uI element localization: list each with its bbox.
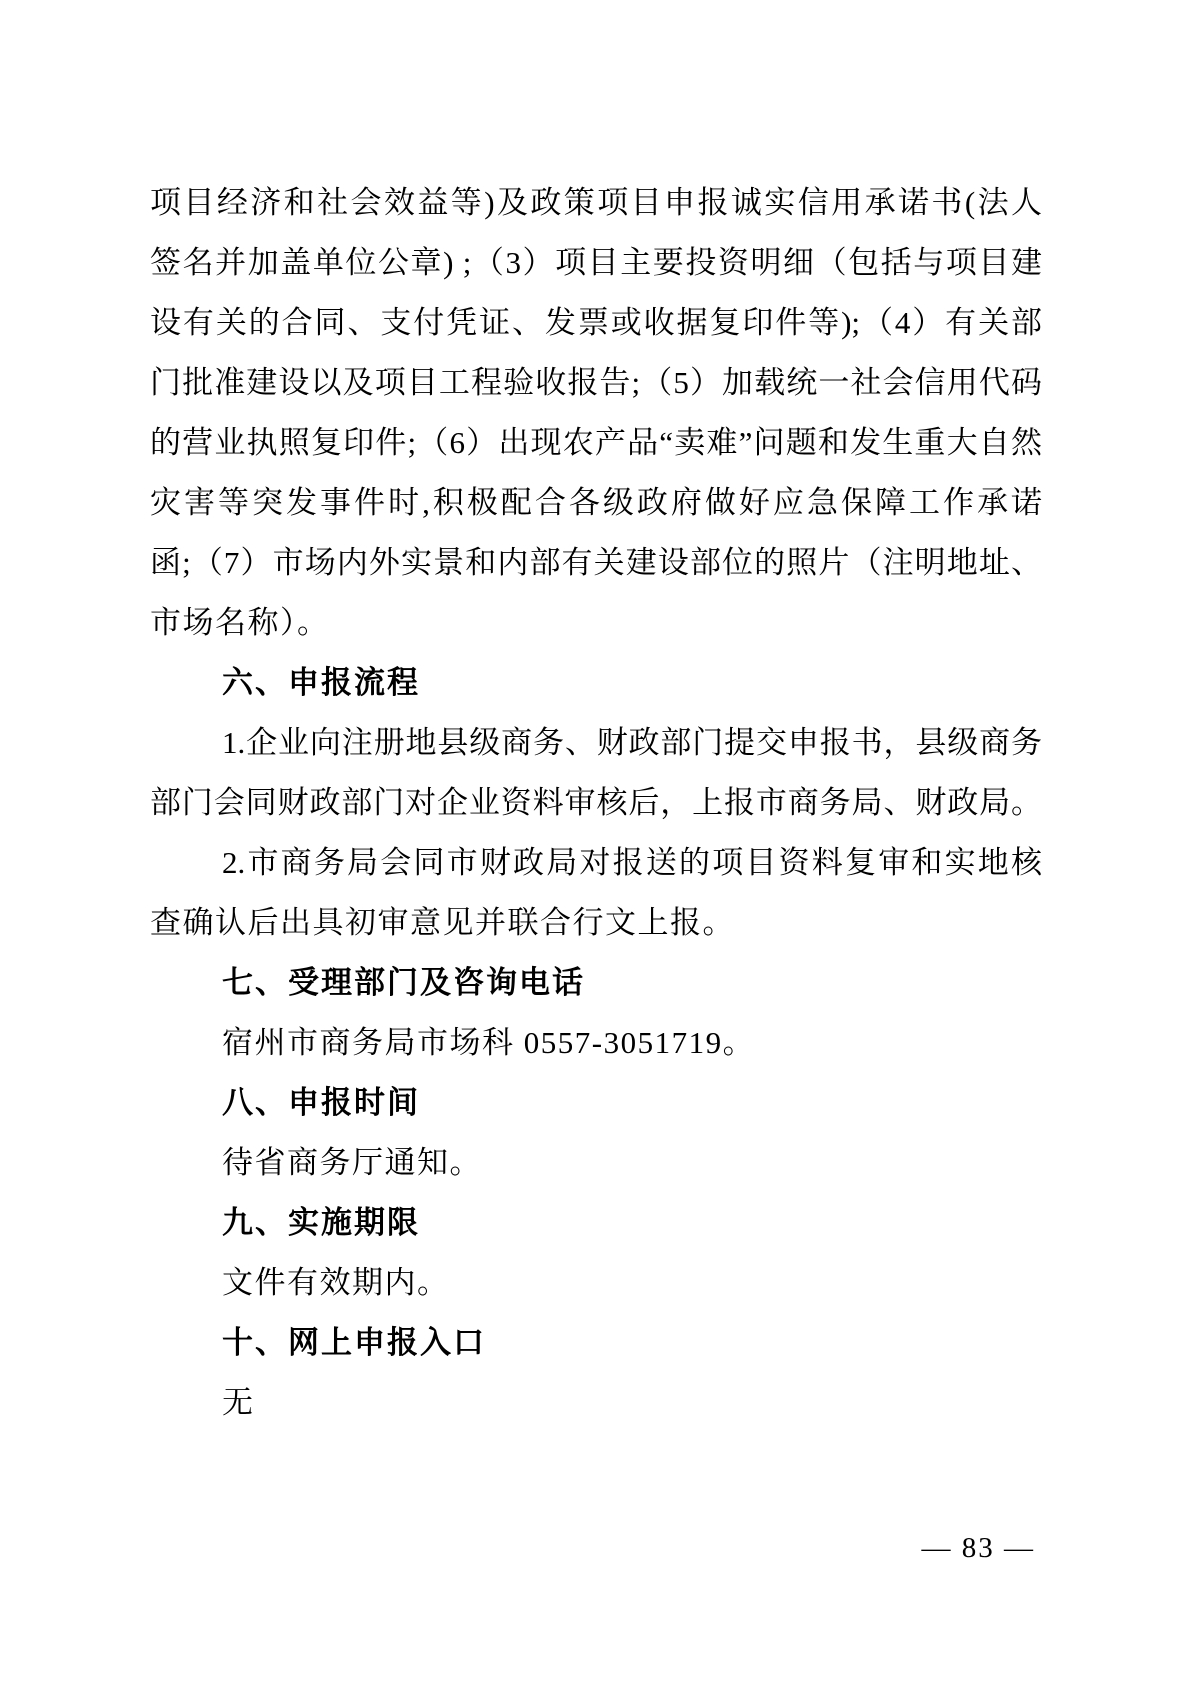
page-footer: — 83 — — [922, 1528, 1036, 1568]
document-page: 项目经济和社会效益等)及政策项目申报诚实信用承诺书(法人签名并加盖单位公章) ;… — [0, 0, 1190, 1683]
text-line: 签名并加盖单位公章) ;（3）项目主要投资明细（包括与项目建 — [150, 233, 1042, 293]
text-line: 无 — [150, 1373, 1042, 1433]
text-line: 灾害等突发事件时,积极配合各级政府做好应急保障工作承诺 — [150, 473, 1042, 533]
text-line: 文件有效期内。 — [150, 1253, 1042, 1313]
section-heading: 七、受理部门及咨询电话 — [150, 953, 1042, 1013]
text-line: 的营业执照复印件;（6）出现农产品“卖难”问题和发生重大自然 — [150, 413, 1042, 473]
page-number: — 83 — — [922, 1532, 1036, 1564]
text-line: 待省商务厅通知。 — [150, 1133, 1042, 1193]
text-line: 市场名称）。 — [150, 593, 1042, 653]
text-line: 函;（7）市场内外实景和内部有关建设部位的照片（注明地址、 — [150, 533, 1042, 593]
text-line: 项目经济和社会效益等)及政策项目申报诚实信用承诺书(法人 — [150, 173, 1042, 233]
text-line: 部门会同财政部门对企业资料审核后，上报市商务局、财政局。 — [150, 773, 1042, 833]
text-line: 查确认后出具初审意见并联合行文上报。 — [150, 893, 1042, 953]
text-line: 宿州市商务局市场科 0557-3051719。 — [150, 1013, 1042, 1073]
text-line: 设有关的合同、支付凭证、发票或收据复印件等);（4）有关部 — [150, 293, 1042, 353]
section-heading: 八、申报时间 — [150, 1073, 1042, 1133]
section-heading: 九、实施期限 — [150, 1193, 1042, 1253]
text-line: 门批准建设以及项目工程验收报告;（5）加载统一社会信用代码 — [150, 353, 1042, 413]
section-heading: 十、网上申报入口 — [150, 1313, 1042, 1373]
section-heading: 六、申报流程 — [150, 653, 1042, 713]
text-line: 1.企业向注册地县级商务、财政部门提交申报书，县级商务 — [150, 713, 1042, 773]
document-body: 项目经济和社会效益等)及政策项目申报诚实信用承诺书(法人签名并加盖单位公章) ;… — [150, 173, 1042, 1433]
text-line: 2.市商务局会同市财政局对报送的项目资料复审和实地核 — [150, 833, 1042, 893]
